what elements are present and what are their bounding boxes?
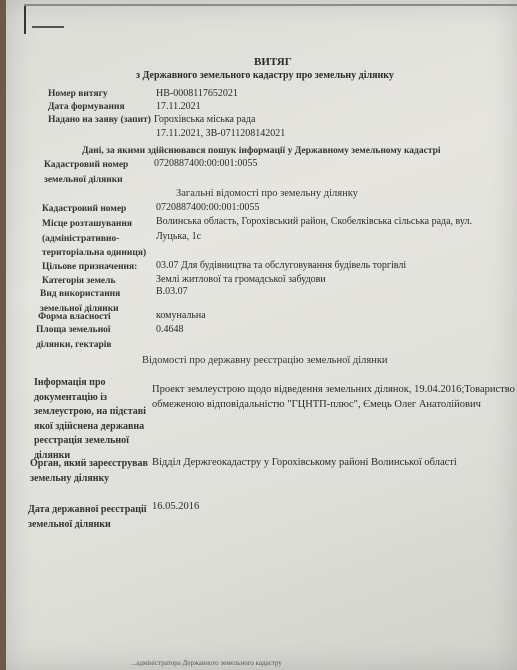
value-formation-date: 17.11.2021 — [156, 101, 201, 112]
value-ownership: комунальна — [156, 310, 206, 321]
value-registration-date: 16.05.2016 — [152, 501, 199, 512]
label-location: Місце розташування (адміністративно-тери… — [42, 217, 160, 261]
label-purpose: Цільове призначення: — [42, 262, 137, 272]
document-title: ВИТЯГ — [254, 56, 292, 68]
label-extract-number: Номер витягу — [48, 89, 108, 99]
value-area: 0.4648 — [156, 324, 184, 335]
document-page: ВИТЯГ з Державного земельного кадастру п… — [6, 0, 517, 670]
label-formation-date: Дата формування — [48, 102, 125, 112]
value-documentation: Проект землеустрою щодо відведення земел… — [152, 383, 517, 412]
document-subtitle: з Державного земельного кадастру про зем… — [136, 70, 394, 81]
value-request-number: 17.11.2021, ЗВ-0711208142021 — [156, 128, 285, 139]
value-request: Горохівська міська рада — [154, 114, 255, 125]
value-purpose: 03.07 Для будівництва та обслуговування … — [156, 260, 406, 271]
value-search-cadastral: 0720887400:00:001:0055 — [154, 158, 257, 169]
value-usage-type: В.03.07 — [156, 286, 188, 297]
registration-heading: Відомості про державну реєстрацію земель… — [142, 355, 388, 366]
search-heading: Дані, за якими здійснювався пошук інформ… — [82, 146, 441, 156]
label-area: Площа земельної ділянки, гектарів — [36, 323, 136, 352]
label-registering-body: Орган, який зареєстрував земельну ділянк… — [30, 457, 150, 486]
label-registration-date: Дата державної реєстрації земельної діля… — [28, 503, 148, 532]
value-registering-body: Відділ Держгеокадастру у Горохівському р… — [152, 457, 457, 468]
value-location: Волинська область, Горохівський район, С… — [156, 215, 501, 244]
corner-mark — [24, 6, 26, 34]
label-search-cadastral: Кадастровий номер земельної ділянки — [44, 158, 144, 187]
footer-text: ...адміністратора Державного земельного … — [131, 659, 282, 667]
value-land-category: Землі житлової та громадської забудови — [156, 274, 326, 285]
value-extract-number: НВ-0008117652021 — [156, 88, 238, 99]
label-land-category: Категорія земель — [42, 276, 116, 286]
value-cadastral-number: 0720887400:00:001:0055 — [156, 202, 259, 213]
general-heading: Загальні відомості про земельну ділянку — [176, 188, 358, 199]
label-request: Надано на заяву (запит) — [48, 115, 151, 125]
page-edge-line — [24, 4, 517, 6]
label-documentation: Інформація про документацію із землеустр… — [34, 376, 154, 463]
corner-mark — [32, 26, 64, 28]
label-ownership: Форма власності — [38, 312, 111, 322]
label-cadastral-number: Кадастровий номер — [42, 204, 126, 214]
